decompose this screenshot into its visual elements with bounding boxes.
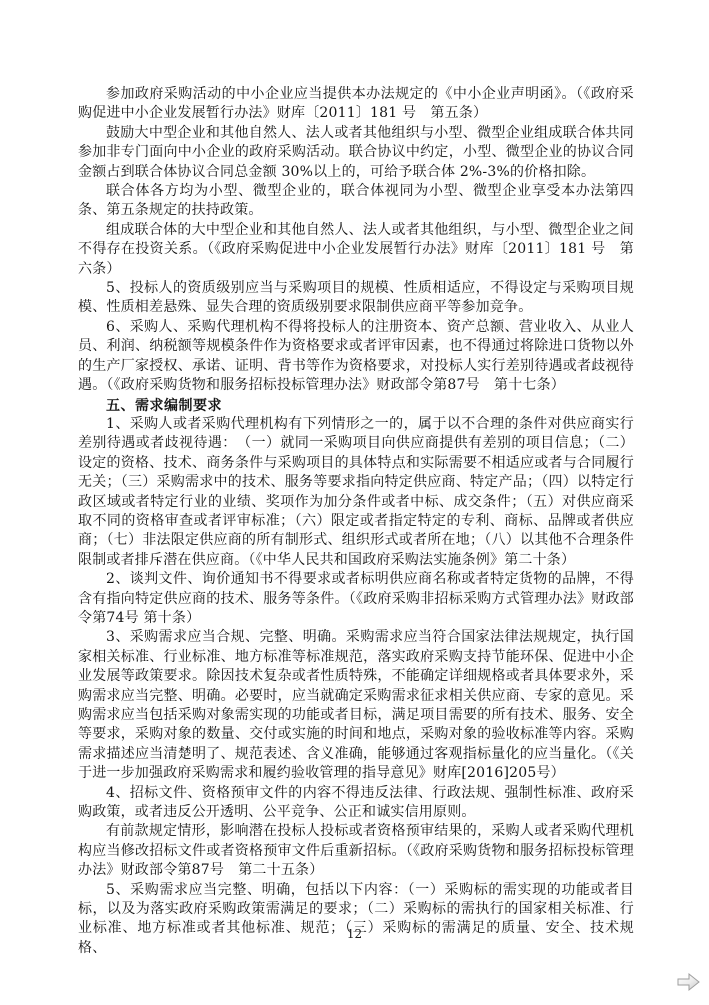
paragraph: 4、招标文件、资格预审文件的内容不得违反法律、行政法规、强制性标准、政府采购政策… <box>78 784 634 823</box>
paragraph: 有前款规定情形，影响潜在投标人投标或者资格预审结果的，采购人或者采购代理机构应当… <box>78 822 634 880</box>
paragraph: 3、采购需求应当合规、完整、明确。采购需求应当符合国家法律法规规定，执行国家相关… <box>78 628 634 783</box>
paragraph: 鼓励大中型企业和其他自然人、法人或者其他组织与小型、微型企业组成联合体共同参加非… <box>78 124 634 182</box>
paragraph: 参加政府采购活动的中小企业应当提供本办法规定的《中小企业声明函》。（《政府采购促… <box>78 85 634 124</box>
paragraph: 1、采购人或者采购代理机构有下列情形之一的，属于以不合理的条件对供应商实行差别待… <box>78 415 634 570</box>
paragraph: 5、采购需求应当完整、明确，包括以下内容：（一）采购标的需实现的功能或者目标，以… <box>78 881 634 959</box>
paragraph: 联合体各方均为小型、微型企业的，联合体视同为小型、微型企业享受本办法第四条、第五… <box>78 182 634 221</box>
paragraph: 组成联合体的大中型企业和其他自然人、法人或者其他组织，与小型、微型企业之间不得存… <box>78 221 634 279</box>
page-number: 12 <box>0 927 709 941</box>
paragraph: 6、采购人、采购代理机构不得将投标人的注册资本、资产总额、营业收入、从业人员、利… <box>78 318 634 396</box>
paragraph: 5、投标人的资质级别应当与采购项目的规模、性质相适应，不得设定与采购项目规模、性… <box>78 279 634 318</box>
section-heading-demand-requirements: 五、需求编制要求 <box>78 396 634 415</box>
document-page: 参加政府采购活动的中小企业应当提供本办法规定的《中小企业声明函》。（《政府采购促… <box>0 0 709 1005</box>
document-body: 参加政府采购活动的中小企业应当提供本办法规定的《中小企业声明函》。（《政府采购促… <box>78 85 634 958</box>
next-page-arrow-icon[interactable] <box>676 972 701 992</box>
paragraph: 2、谈判文件、询价通知书不得要求或者标明供应商名称或者特定货物的品牌，不得含有指… <box>78 570 634 628</box>
